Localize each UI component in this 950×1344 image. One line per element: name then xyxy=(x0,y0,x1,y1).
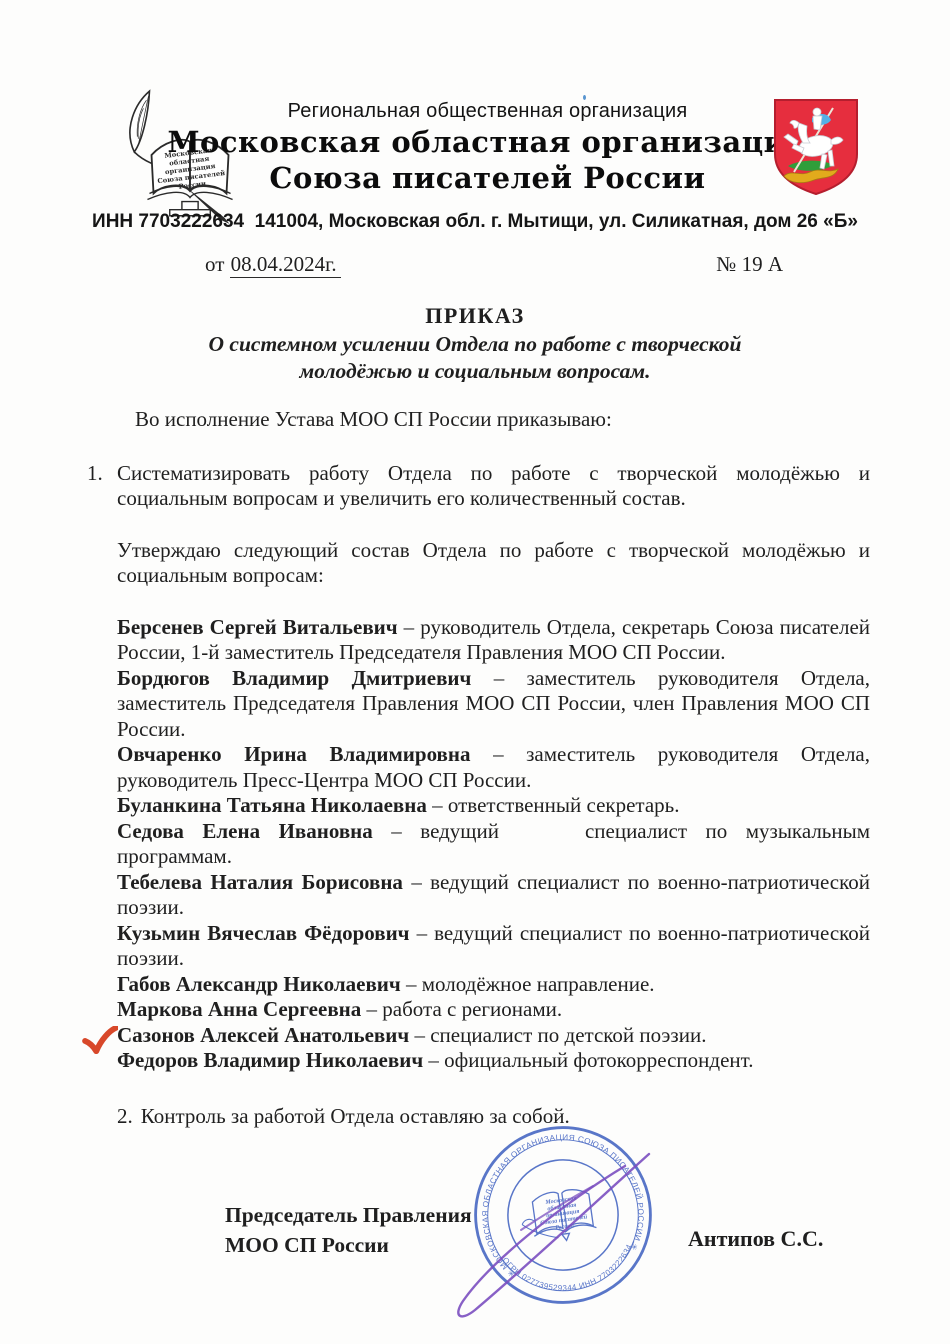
order-item-2: 2.Контроль за работой Отдела оставляю за… xyxy=(117,1104,870,1130)
org-name-line1: Московская областная организация xyxy=(120,126,855,159)
staff-row-sedova: Седова Елена Ивановна – ведущийспециалис… xyxy=(117,819,870,870)
order-subject-line2: молодёжью и социальным вопросам. xyxy=(0,358,950,385)
intro-paragraph: Во исполнение Устава МОО СП России прика… xyxy=(117,407,870,433)
order-subject-line1: О системном усилении Отдела по работе с … xyxy=(0,331,950,358)
org-type-line: Региональная общественная организация xyxy=(120,100,855,123)
staff-row-kuzmin: Кузьмин Вячеслав Фёдорович – ведущий спе… xyxy=(117,921,870,972)
document-number: № 19 А xyxy=(716,252,783,277)
handwritten-signature xyxy=(425,1138,675,1343)
order-subject: О системном усилении Отдела по работе с … xyxy=(0,331,950,385)
staff-row-sazonov: Сазонов Алексей Анатольевич – специалист… xyxy=(117,1023,870,1049)
org-name-line2: Союза писателей России xyxy=(120,162,855,195)
document-meta-row: от 08.04.2024г. № 19 А xyxy=(205,252,783,277)
requisites-line: ИНН 7703222634 141004, Московская обл. г… xyxy=(0,211,950,233)
staff-row-gabov: Габов Александр Николаевич – молодёжное … xyxy=(117,972,870,998)
signer-name: Антипов С.С. xyxy=(688,1226,823,1252)
staff-row-fedorov: Федоров Владимир Николаевич – официальны… xyxy=(117,1048,870,1074)
order-item-1: 1.Систематизировать работу Отдела по раб… xyxy=(117,461,870,512)
item-2-number: 2. xyxy=(117,1104,133,1128)
letterhead: Региональная общественная организация Мо… xyxy=(120,100,855,195)
scan-speck xyxy=(583,95,586,100)
document-date: от 08.04.2024г. xyxy=(205,252,341,277)
date-value: 08.04.2024г. xyxy=(230,252,341,278)
staff-row-bersenev: Берсенев Сергей Витальевич – руководител… xyxy=(117,615,870,666)
order-body: Во исполнение Устава МОО СП России прика… xyxy=(117,407,870,1129)
approve-paragraph: Утверждаю следующий состав Отдела по раб… xyxy=(117,538,870,589)
staff-row-bulankina: Буланкина Татьяна Николаевна – ответстве… xyxy=(117,793,870,819)
staff-row-bordyugov: Бордюгов Владимир Дмитриевич – заместите… xyxy=(117,666,870,743)
order-title: ПРИКАЗ xyxy=(0,303,950,329)
staff-row-tebeleva: Тебелева Наталия Борисовна – ведущий спе… xyxy=(117,870,870,921)
staff-row-markova: Маркова Анна Сергеевна – работа с регион… xyxy=(117,997,870,1023)
red-checkmark-icon xyxy=(82,1026,118,1054)
item-1-number: 1. xyxy=(87,461,103,487)
staff-row-ovcharenko: Овчаренко Ирина Владимировна – заместите… xyxy=(117,742,870,793)
scanned-order-document: Московская областная организация Союза п… xyxy=(0,0,950,1344)
moscow-oblast-coat-of-arms-icon xyxy=(770,96,862,198)
staff-list: Берсенев Сергей Витальевич – руководител… xyxy=(117,615,870,1074)
